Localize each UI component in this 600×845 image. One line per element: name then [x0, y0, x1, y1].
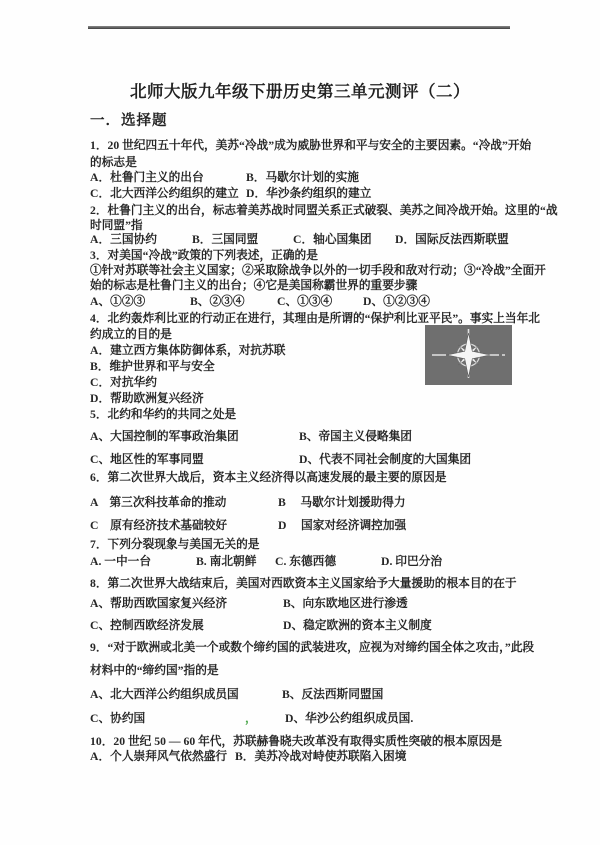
q9-option-b: B、反法西斯同盟国: [282, 688, 383, 701]
section-heading: 一．选择题: [90, 109, 168, 130]
q4-stem-line: 4．北约轰炸利比亚的行动正在进行，其理由是所谓的“保护利比亚平民”。事实上当年北: [90, 312, 540, 325]
q10-option-a: A．个人崇拜风气依然盛行: [90, 750, 227, 763]
stray-green-mark: ，: [245, 712, 257, 725]
q7-option-b: B. 南北朝鲜: [196, 555, 256, 568]
test-paper-page: 北师大版九年级下册历史第三单元测评（二） 一．选择题 1．20 世纪四五十年代，…: [0, 0, 600, 845]
q2-option-d: D．国际反法西斯联盟: [395, 233, 509, 246]
q4-stem-line: 约成立的目的是: [90, 328, 172, 341]
q6-stem-line: 6．第二次世界大战后，资本主义经济得以高速发展的最主要的原因是: [90, 471, 446, 484]
q9-stem-line: 材料中的“缔约国”指的是: [90, 664, 219, 677]
q3-stem-line: ①针对苏联等社会主义国家；②采取除战争以外的一切手段和敌对行动；③“冷战”全面开: [90, 264, 546, 277]
q1-option-b: B．马歇尔计划的实施: [246, 171, 359, 184]
q1-option-a: A．杜鲁门主义的出台: [90, 171, 204, 184]
q1-option-c: C．北大西洋公约组织的建立: [90, 187, 239, 200]
q5-option-b: B、帝国主义侵略集团: [299, 430, 412, 443]
q3-option-c: C、①③④: [277, 295, 332, 308]
q3-option-b: B、②③④: [190, 295, 245, 308]
q4-option-d: D．帮助欧洲复兴经济: [90, 392, 204, 405]
q5-option-d: D、代表不同社会制度的大国集团: [299, 453, 471, 466]
q8-option-d: D、稳定欧洲的资本主义制度: [283, 619, 432, 632]
q6-option-d: D 国家对经济调控加强: [278, 519, 406, 532]
q3-option-a: A、①②③: [90, 295, 145, 308]
q2-option-a: A．三国协约: [90, 233, 157, 246]
q2-stem-line: 2．杜鲁门主义的出台，标志着美苏战时同盟关系正式破裂、美苏之间冷战开始。这里的“…: [90, 204, 558, 217]
q6-option-b: B 马歇尔计划援助得力: [278, 496, 406, 509]
q1-option-d: D．华沙条约组织的建立: [246, 187, 371, 200]
q8-stem-line: 8．第二次世界大战结束后，美国对西欧资本主义国家给予大量援助的根本目的在于: [90, 577, 517, 590]
q4-option-c: C．对抗华约: [90, 376, 157, 389]
q2-option-b: B．三国同盟: [192, 233, 258, 246]
page-title: 北师大版九年级下册历史第三单元测评（二）: [0, 78, 600, 102]
nato-flag-image: [425, 325, 512, 385]
q6-option-a: A 第三次科技革命的推动: [90, 496, 226, 509]
q9-option-a: A、北大西洋公约组织成员国: [90, 688, 239, 701]
q3-stem-line: 始的标志是杜鲁门主义的出台；④它是美国称霸世界的重要步骤: [90, 279, 417, 292]
q10-option-b: B．美苏冷战对峙使苏联陷入困境: [235, 750, 406, 763]
q8-option-c: C、控制西欧经济发展: [90, 619, 204, 632]
q2-stem-line: 时同盟”指: [90, 219, 143, 232]
q6-option-c: C 原有经济技术基础较好: [90, 519, 227, 532]
q4-option-a: A．建立西方集体防御体系，对抗苏联: [90, 344, 285, 357]
q8-option-b: B、向东欧地区进行渗透: [283, 597, 408, 610]
q5-option-c: C、地区性的军事同盟: [90, 453, 204, 466]
q3-option-d: D、①②③④: [363, 295, 430, 308]
q7-option-a: A. 一中一台: [90, 555, 151, 568]
q1-stem-line: 的标志是: [90, 156, 137, 169]
q9-option-c: C、协约国: [90, 712, 145, 725]
q4-option-b: B．维护世界和平与安全: [90, 360, 215, 373]
q5-stem-line: 5．北约和华约的共同之处是: [90, 408, 236, 421]
header-rule: [88, 26, 510, 29]
q10-stem-line: 10．20 世纪 50 — 60 年代，苏联赫鲁晓夫改革没有取得实质性突破的根本…: [90, 735, 502, 748]
q2-option-c: C．轴心国集团: [293, 233, 372, 246]
q9-stem-line: 9．“对于欧洲或北美一个或数个缔约国的武装进攻，应视为对缔约国全体之攻击，”此段: [90, 641, 534, 654]
q8-option-a: A、帮助西欧国家复兴经济: [90, 597, 227, 610]
q9-option-d: D、华沙公约组织成员国.: [285, 712, 413, 725]
q5-option-a: A、大国控制的军事政治集团: [90, 430, 239, 443]
q7-stem-line: 7．下列分裂现象与美国无关的是: [90, 538, 259, 551]
q7-option-d: D. 印巴分治: [381, 555, 442, 568]
q3-stem-line: 3．对美国“冷战”政策的下列表述，正确的是: [90, 249, 318, 262]
q1-stem-line: 1．20 世纪四五十年代，美苏“冷战”成为威胁世界和平与安全的主要因素。“冷战”…: [90, 139, 531, 152]
q7-option-c: C. 东德西德: [275, 555, 336, 568]
